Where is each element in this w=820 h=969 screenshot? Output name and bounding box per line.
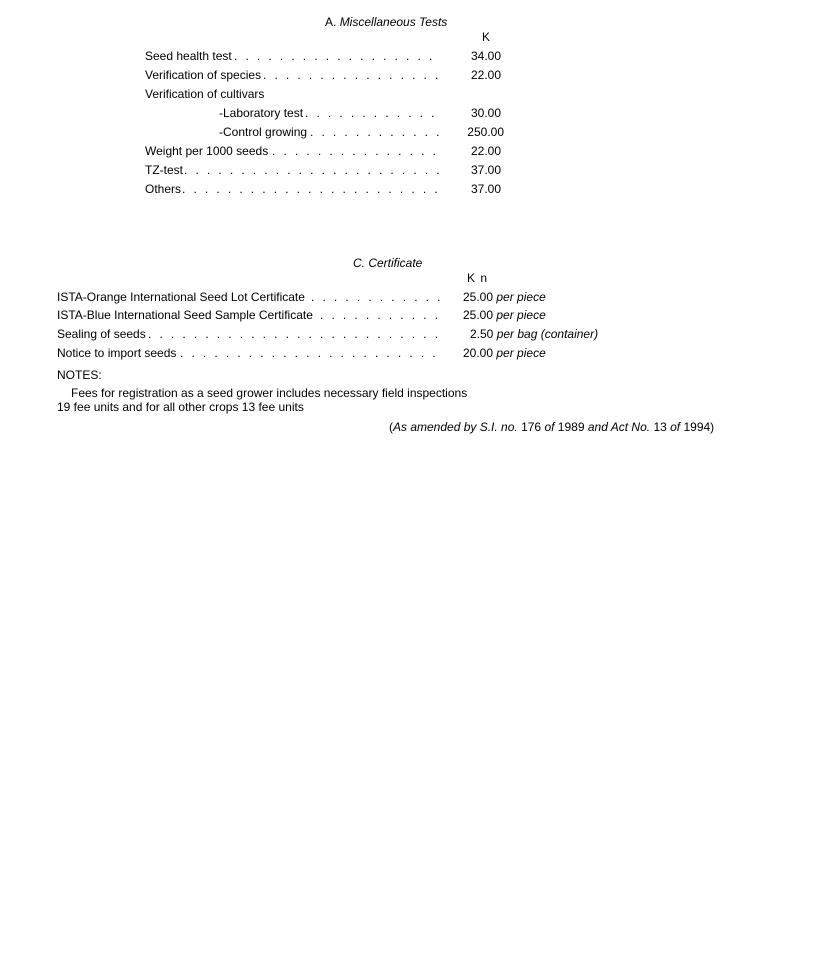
amount-value: 2.50	[470, 327, 493, 341]
dot-leader: . . . . . . . . . . . . . . . . . . . . …	[180, 346, 440, 360]
row-label: Sealing of seeds	[57, 327, 146, 341]
act-year: 1994)	[680, 420, 714, 434]
amendment-text: of	[544, 420, 554, 434]
dot-leader: . . . . . . . . . . . . . . . . . . . . …	[263, 68, 440, 82]
row-label: TZ-test	[145, 163, 183, 177]
row-label: -Laboratory test	[219, 106, 303, 120]
amount-value: 20.00	[463, 346, 493, 360]
row-amount: 37.00	[455, 163, 501, 177]
row-amount: 25.00 per piece	[463, 308, 546, 322]
amendment-text: of	[670, 420, 680, 434]
dot-leader: . . . . . . . . . . . . . . . . . . . . …	[320, 308, 438, 322]
amount-unit: per piece	[496, 346, 545, 360]
dot-leader: . . . . . . . . . . . . . . . . . . . . …	[234, 49, 440, 63]
amendment-text: As amended by S.I. no.	[393, 420, 518, 434]
row-label: ISTA-Blue International Seed Sample Cert…	[57, 308, 313, 322]
row-label: Notice to import seeds	[57, 346, 176, 360]
dot-leader: . . . . . . . . . . . . . . . . . . . . …	[310, 125, 442, 139]
dot-leader: . . . . . . . . . . . . . . . . . . . . …	[311, 290, 442, 304]
section-a-currency-header: K	[482, 30, 490, 44]
row-label: ISTA-Orange International Seed Lot Certi…	[57, 290, 305, 304]
si-number: 176	[518, 420, 545, 434]
row-amount: 30.00	[455, 106, 501, 120]
section-a-title: A. Miscellaneous Tests	[325, 15, 447, 29]
row-amount: 25.00 per piece	[463, 290, 546, 304]
si-year: 1989	[554, 420, 587, 434]
row-label: Others	[145, 182, 181, 196]
row-amount: 250.00	[455, 125, 504, 139]
section-c-currency-header: K n	[467, 271, 487, 285]
amendment-text: and Act No.	[588, 420, 650, 434]
amount-unit: per piece	[496, 308, 545, 322]
row-amount: 22.00	[455, 144, 501, 158]
notes-heading: NOTES:	[57, 368, 102, 382]
row-amount: 2.50 per bag (container)	[470, 327, 598, 341]
row-label: Verification of species	[145, 68, 261, 82]
row-label: -Control growing	[219, 125, 307, 139]
section-c-title: C. Certificate	[353, 256, 422, 270]
row-amount: 37.00	[455, 182, 501, 196]
dot-leader: . . . . . . . . . . . . . . . . . . . . …	[272, 144, 440, 158]
amendment-citation: (As amended by S.I. no. 176 of 1989 and …	[389, 420, 714, 434]
act-number: 13	[650, 420, 670, 434]
amount-value: 25.00	[463, 308, 493, 322]
row-label: Seed health test	[145, 49, 232, 63]
row-amount: 34.00	[455, 49, 501, 63]
amount-value: 25.00	[463, 290, 493, 304]
dot-leader: . . . . . . . . . . . . . . . . . . . . …	[184, 163, 440, 177]
notes-line-1: Fees for registration as a seed grower i…	[71, 386, 467, 400]
amount-unit: per piece	[496, 290, 545, 304]
row-label: Weight per 1000 seeds	[145, 144, 268, 158]
row-amount: 20.00 per piece	[463, 346, 546, 360]
row-label: Verification of cultivars	[145, 87, 264, 101]
notes-line-2: 19 fee units and for all other crops 13 …	[57, 400, 304, 414]
section-a-letter: A.	[325, 15, 336, 29]
row-amount: 22.00	[455, 68, 501, 82]
dot-leader: . . . . . . . . . . . . . . . . . . . . …	[148, 327, 442, 341]
amount-unit: per bag (container)	[497, 327, 598, 341]
dot-leader: . . . . . . . . . . . . . . . . . . . . …	[305, 106, 440, 120]
dot-leader: . . . . . . . . . . . . . . . . . . . . …	[182, 182, 442, 196]
section-a-title-text: Miscellaneous Tests	[340, 15, 448, 29]
